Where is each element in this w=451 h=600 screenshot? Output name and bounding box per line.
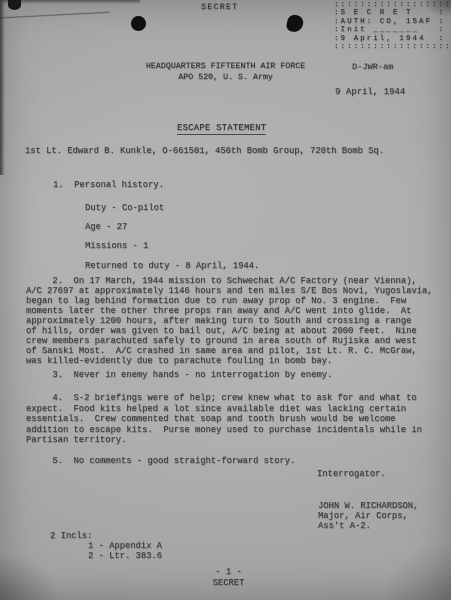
inclosures-list: 1 - Appendix A 2 - Ltr. 383.6: [88, 541, 162, 562]
page-footer: - 1 - SECRET: [3, 567, 451, 588]
reference-initials: D-JWR-am: [352, 62, 393, 72]
paragraph-2: 2. On 17 March, 1944 mission to Schwecha…: [26, 276, 446, 366]
classification-header: SECRET: [201, 2, 238, 12]
scanned-document-page: SECRET :::::::::::::::::: :S E C R E T :…: [0, 0, 451, 600]
letterhead-apo: APO 520, U. S. Army: [178, 73, 273, 82]
left-edge-shadow: [0, 0, 5, 175]
inclosures-heading: 2 Incls:: [50, 531, 92, 541]
top-edge-shadow: [0, 0, 140, 4]
ink-blot: [8, 0, 21, 10]
punch-hole: [131, 16, 146, 31]
paragraph-1-heading: 1. Personal history.: [53, 180, 164, 190]
subject-line: 1st Lt. Edward B. Kunkle, O-661501, 450t…: [25, 146, 384, 156]
document-title: ESCAPE STATEMENT: [177, 123, 266, 135]
punch-hole: [285, 14, 304, 34]
paragraph-3: 3. Never in enemy hands - no interrogati…: [26, 370, 446, 380]
signature-block: JOHN W. RICHARDSON, Major, Air Corps, As…: [318, 501, 418, 532]
secret-auth-stamp: :::::::::::::::::: :S E C R E T : :AUTH:…: [334, 1, 451, 51]
paragraph-1-items: Duty - Co-pilot Age - 27 Missions - 1 Re…: [85, 199, 259, 276]
paragraph-5: 5. No comments - good straight-forward s…: [26, 456, 446, 466]
interrogator-label: Interrogator.: [317, 469, 386, 479]
document-date: 9 April, 1944: [335, 87, 405, 97]
letterhead-org: HEADQUARTERS FIFTEENTH AIR FORCE: [146, 62, 305, 71]
paragraph-4: 4. S-2 briefings were of help; crew knew…: [26, 393, 448, 446]
